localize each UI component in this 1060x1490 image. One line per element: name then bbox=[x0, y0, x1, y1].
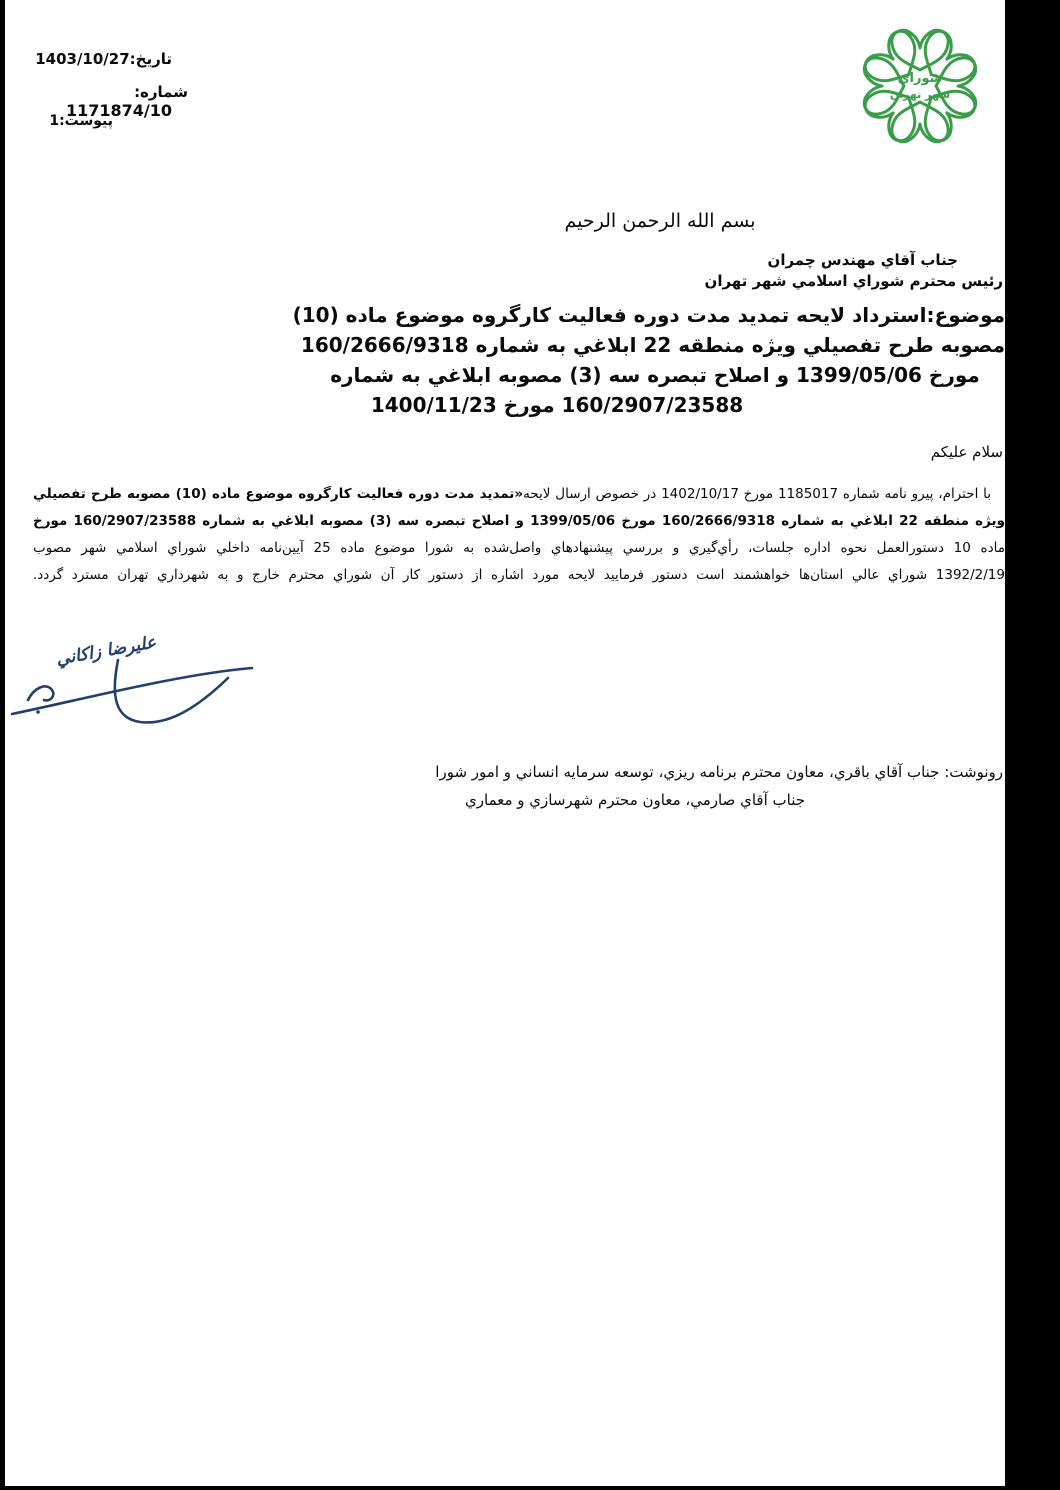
body-line-1-bold: «تمديد مدت دوره فعاليت كارگروه موضوع ماد… bbox=[33, 486, 523, 502]
letter-date: تاريخ:1403/10/27 bbox=[35, 50, 172, 68]
scan-border-bottom bbox=[0, 1486, 1060, 1490]
tehran-council-logo: شوراي شهر تهران bbox=[856, 25, 984, 151]
signature: عليرضا زاكاني bbox=[0, 612, 270, 756]
body-paragraph: با احترام، پيرو نامه شماره 1185017 مورخ … bbox=[33, 481, 1005, 589]
council-logo-icon: شوراي شهر تهران bbox=[856, 25, 984, 147]
signature-flourish-line bbox=[12, 668, 252, 714]
signature-icon: عليرضا زاكاني bbox=[0, 612, 270, 752]
logo-text-line2: شهر تهران bbox=[890, 88, 950, 101]
subject-line-4: 160/2907/23588 مورخ 1400/11/23 bbox=[207, 390, 907, 420]
letter-number-label: شماره: bbox=[134, 83, 188, 101]
body-line-3: ماده 10 دستورالعمل نحوه اداره جلسات، رأي… bbox=[33, 535, 1005, 562]
subject-line-1: موضوع:استرداد لايحه تمديد مدت دوره فعالي… bbox=[305, 300, 1005, 330]
logo-text-line1: شوراي bbox=[898, 71, 943, 86]
signature-scribble bbox=[28, 686, 53, 700]
cc-line-1: رونوشت: جناب آقاي باقري، معاون محترم برن… bbox=[435, 763, 1003, 781]
body-line-2: ويژه منطقه 22 ابلاغي به شماره 160/2666/9… bbox=[33, 508, 1005, 535]
subject-line-2: مصوبه طرح تفصيلي ويژه منطقه 22 ابلاغي به… bbox=[305, 330, 1005, 360]
recipient-name: جناب آقاي مهندس چمران bbox=[768, 251, 958, 269]
scan-border-right bbox=[1005, 0, 1060, 1490]
body-line-4: 1392/2/19 شوراي عالي استان‌ها خواهشمند ا… bbox=[33, 562, 1005, 589]
cc-line-2: جناب آقاي صارمي، معاون محترم شهرسازي و م… bbox=[465, 791, 805, 809]
signature-loop bbox=[115, 660, 228, 722]
subject-block: موضوع:استرداد لايحه تمديد مدت دوره فعالي… bbox=[305, 300, 1005, 420]
body-line-2-bold: ويژه منطقه 22 ابلاغي به شماره 160/2666/9… bbox=[33, 513, 1005, 535]
letter-attachment: پيوست:1 bbox=[49, 113, 113, 129]
scanned-letter-page: تاريخ:1403/10/27 شماره: 1171874/10 پيوست… bbox=[0, 0, 1060, 1490]
body-line-1: با احترام، پيرو نامه شماره 1185017 مورخ … bbox=[33, 481, 1005, 508]
recipient-title: رئيس محترم شوراي اسلامي شهر تهران bbox=[705, 272, 1003, 290]
bismillah: بسم الله الرحمن الرحيم bbox=[520, 210, 800, 232]
subject-line-3: مورخ 1399/05/06 و اصلاح تبصره سه (3) مصو… bbox=[305, 360, 1005, 390]
signature-name: عليرضا زاكاني bbox=[55, 632, 159, 669]
signature-dot bbox=[36, 710, 40, 714]
body-line-1-regular: با احترام، پيرو نامه شماره 1185017 مورخ … bbox=[523, 486, 991, 502]
salutation: سلام عليكم bbox=[931, 443, 1003, 461]
